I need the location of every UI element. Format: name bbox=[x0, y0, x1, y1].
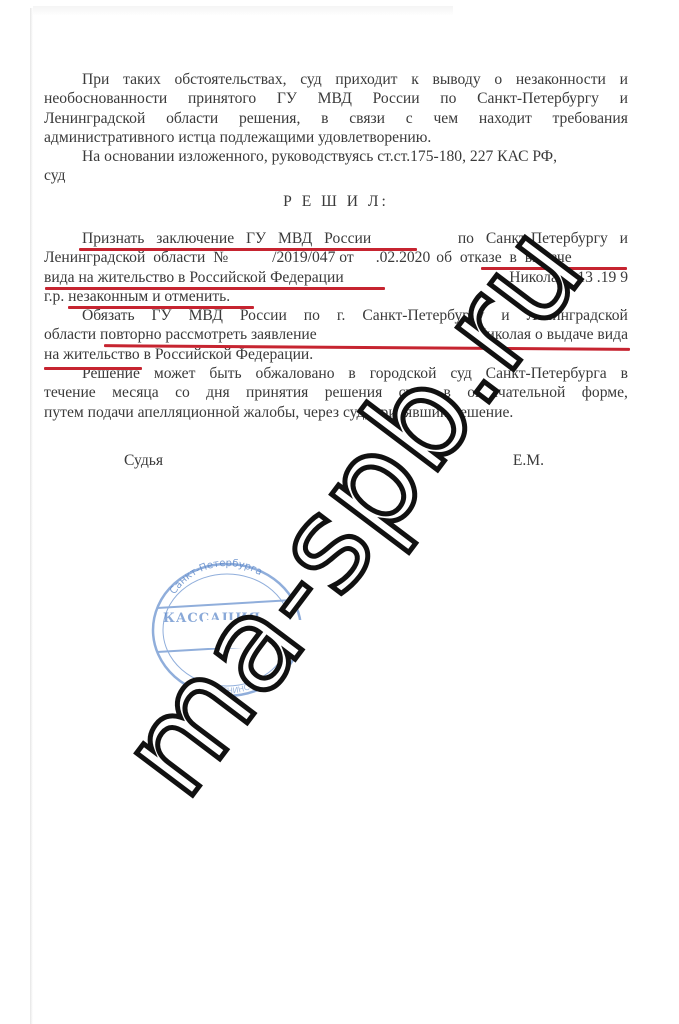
judge-initials: Е.М. bbox=[513, 452, 544, 470]
word: выводу bbox=[432, 70, 480, 89]
word: необоснованности bbox=[44, 89, 167, 108]
intro-paragraph: Притакихобстоятельствах,судприходитквыво… bbox=[44, 70, 628, 147]
word: незаконности bbox=[516, 70, 606, 89]
text-line: Ленинградскойобластирешения,всвязисчемна… bbox=[44, 109, 628, 128]
word: обжаловано bbox=[256, 364, 335, 383]
red-underline bbox=[79, 248, 417, 251]
word: принятия bbox=[246, 383, 308, 402]
intro-section: Притакихобстоятельствах,судприходитквыво… bbox=[44, 70, 628, 225]
word: чем bbox=[433, 109, 458, 128]
word: таких bbox=[123, 70, 161, 89]
word: требования bbox=[553, 109, 628, 128]
date: .02.2020 bbox=[376, 248, 431, 267]
word: быть bbox=[209, 364, 241, 383]
underlined-text: Признать заключение ГУ МВД России bbox=[82, 229, 371, 248]
word: может bbox=[154, 364, 196, 383]
word: Санкт-Петербургу bbox=[477, 89, 599, 108]
word: принятого bbox=[188, 89, 256, 108]
red-underline bbox=[68, 306, 254, 309]
page-shadow bbox=[33, 6, 453, 16]
red-underline bbox=[45, 287, 385, 290]
text-group: области повторно рассмотреть заявление bbox=[44, 325, 317, 344]
decision-heading: Р Е Ш И Л: bbox=[44, 192, 628, 211]
word: При bbox=[82, 70, 109, 89]
word: суд bbox=[300, 70, 321, 89]
word: обстоятельствах, bbox=[174, 70, 286, 89]
word: г. bbox=[337, 306, 346, 325]
case-number: /2019/047 от bbox=[272, 248, 354, 267]
text-line: Притакихобстоятельствах,судприходитквыво… bbox=[44, 70, 628, 89]
word: решения, bbox=[239, 109, 300, 128]
text: г.р. bbox=[44, 288, 64, 305]
text: области bbox=[44, 326, 96, 343]
underlined-text: вида на жительство в Российской Федераци… bbox=[44, 268, 344, 287]
text: . bbox=[226, 288, 230, 305]
word: в bbox=[321, 109, 328, 128]
word: МВД bbox=[189, 306, 223, 325]
word: России bbox=[240, 306, 287, 325]
word: ГУ bbox=[152, 306, 172, 325]
red-underline bbox=[44, 367, 142, 370]
word: месяца bbox=[112, 383, 159, 402]
word: приходит bbox=[335, 70, 397, 89]
text-line: На основании изложенного, руководствуясь… bbox=[44, 147, 628, 166]
word: течение bbox=[44, 383, 96, 402]
word: со bbox=[175, 383, 190, 402]
appeal-line-2: течениемесяцасодняпринятиярешениясудавок… bbox=[44, 383, 628, 402]
basis-paragraph: На основании изложенного, руководствуясь… bbox=[44, 147, 628, 186]
underlined-text: на жительство bbox=[44, 346, 140, 363]
word: России bbox=[373, 89, 420, 108]
word: и bbox=[620, 70, 628, 89]
word: форме, bbox=[582, 383, 628, 402]
word: к bbox=[411, 70, 419, 89]
word: в bbox=[621, 364, 628, 383]
word: по bbox=[304, 306, 320, 325]
word: с bbox=[406, 109, 413, 128]
word: ГУ bbox=[277, 89, 297, 108]
word: дня bbox=[206, 383, 229, 402]
text-line: административного истца подлежащими удов… bbox=[44, 128, 628, 147]
text: Ленинградской области № bbox=[44, 248, 228, 267]
word: находит bbox=[479, 109, 532, 128]
word: Ленинградской bbox=[44, 109, 145, 128]
word: и bbox=[620, 89, 628, 108]
underlined-text: незаконным и отменить bbox=[68, 288, 226, 305]
page-edge bbox=[30, 8, 33, 1024]
word: связи bbox=[349, 109, 385, 128]
text-line: необоснованностипринятогоГУМВДРоссиипоСа… bbox=[44, 89, 628, 108]
word: области bbox=[166, 109, 218, 128]
word: Обязать bbox=[82, 306, 135, 325]
word: МВД bbox=[318, 89, 352, 108]
word: в bbox=[348, 364, 355, 383]
word: по bbox=[440, 89, 456, 108]
word: о bbox=[494, 70, 502, 89]
judge-title: Судья bbox=[124, 452, 163, 470]
underlined-text: повторно рассмотреть заявление bbox=[100, 326, 317, 343]
text-line: суд bbox=[44, 166, 628, 185]
